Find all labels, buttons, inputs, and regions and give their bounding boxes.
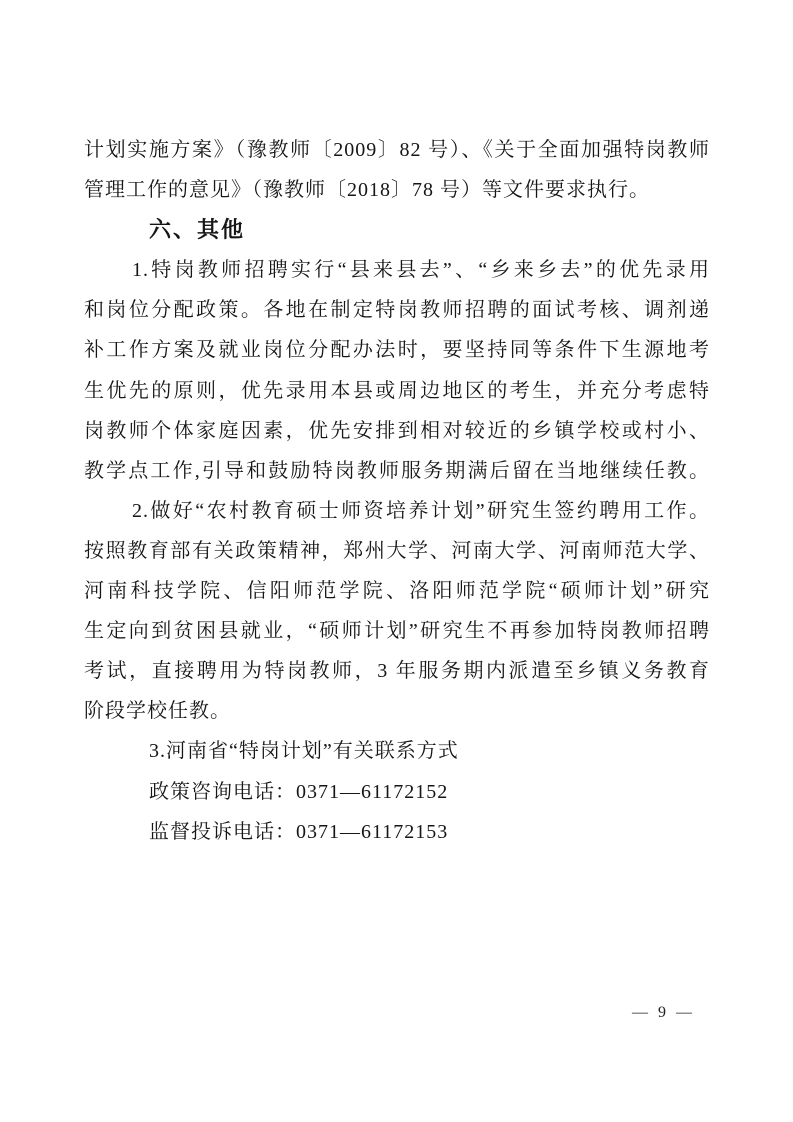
item1-line: 生优先的原则，优先录用本县或周边地区的考生，并充分考虑特 <box>84 371 710 411</box>
item1-line: 教学点工作,引导和鼓励特岗教师服务期满后留在当地继续任教。 <box>84 451 710 491</box>
intro-line: 计划实施方案》（豫教师〔2009〕82 号）、《关于全面加强特岗教师 <box>84 130 710 170</box>
policy-phone-line: 政策咨询电话：0371—61172152 <box>84 772 710 812</box>
complaint-phone-line: 监督投诉电话：0371—61172153 <box>84 812 710 852</box>
item2-line: 按照教育部有关政策精神，郑州大学、河南大学、河南师范大学、 <box>84 531 710 571</box>
item1-line: 补工作方案及就业岗位分配办法时，要坚持同等条件下生源地考 <box>84 330 710 370</box>
item1-line: 岗教师个体家庭因素，优先安排到相对较近的乡镇学校或村小、 <box>84 411 710 451</box>
page-number: — 9 — <box>632 998 695 1028</box>
item2-line: 考试，直接聘用为特岗教师，3 年服务期内派遣至乡镇义务教育 <box>84 651 710 691</box>
section-heading: 六、其他 <box>84 210 710 250</box>
item1-line: 和岗位分配政策。各地在制定特岗教师招聘的面试考核、调剂递 <box>84 290 710 330</box>
item2-line: 生定向到贫困县就业，“硕师计划”研究生不再参加特岗教师招聘 <box>84 611 710 651</box>
item2-line: 阶段学校任教。 <box>84 691 710 731</box>
document-page: 计划实施方案》（豫教师〔2009〕82 号）、《关于全面加强特岗教师 管理工作的… <box>0 0 793 1122</box>
contact-title-line: 3.河南省“特岗计划”有关联系方式 <box>84 731 710 771</box>
item1-line: 1.特岗教师招聘实行“县来县去”、“乡来乡去”的优先录用 <box>84 250 710 290</box>
intro-line: 管理工作的意见》（豫教师〔2018〕78 号）等文件要求执行。 <box>84 170 710 210</box>
document-body: 计划实施方案》（豫教师〔2009〕82 号）、《关于全面加强特岗教师 管理工作的… <box>84 130 710 852</box>
item2-line: 2.做好“农村教育硕士师资培养计划”研究生签约聘用工作。 <box>84 491 710 531</box>
item2-line: 河南科技学院、信阳师范学院、洛阳师范学院“硕师计划”研究 <box>84 571 710 611</box>
